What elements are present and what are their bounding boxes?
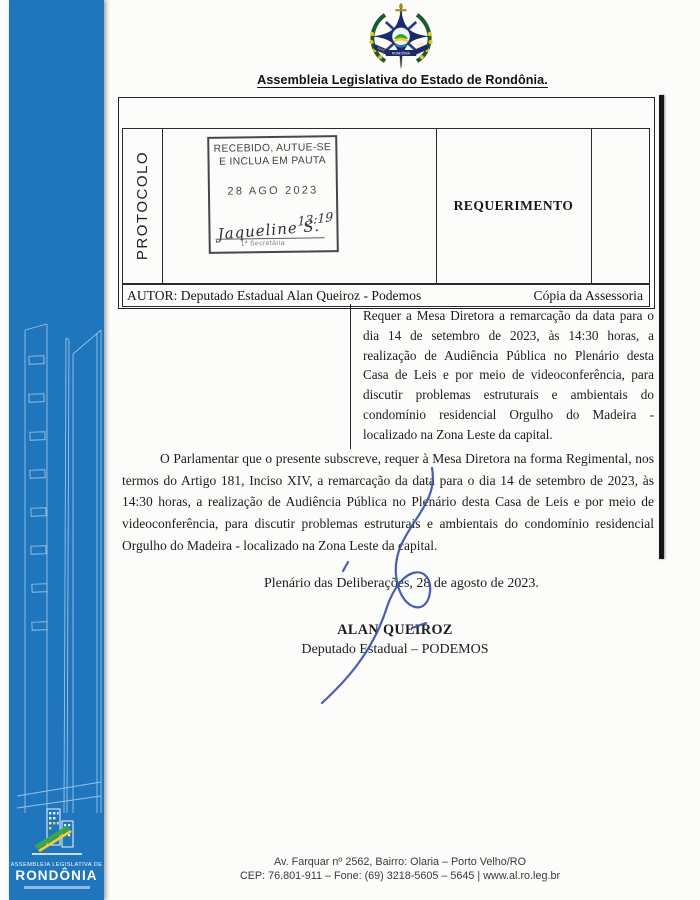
protocol-table-row: PROTOCOLO REQUERIMENTO <box>122 128 650 284</box>
autor-line: AUTOR: Deputado Estadual Alan Queiroz - … <box>127 288 421 304</box>
protocolo-cell: PROTOCOLO <box>123 129 162 283</box>
protocolo-label: PROTOCOLO <box>134 151 151 260</box>
signer-role: Deputado Estadual – PODEMOS <box>245 640 545 659</box>
copia-assessoria-label: Cópia da Assessoria <box>534 288 644 304</box>
place-date-line: Plenário das Deliberações, 28 de agosto … <box>264 576 539 592</box>
table-divider <box>162 129 163 283</box>
logo-tagline-illegible <box>24 886 90 889</box>
footer-address: Av. Farquar nº 2562, Bairro: Olaria – Po… <box>110 856 690 884</box>
building-watermark-lineart <box>9 268 104 828</box>
table-divider <box>591 129 592 283</box>
rondonia-coat-of-arms-icon: 1943 1981 RONDÔNIA <box>361 2 441 74</box>
footer-line2: CEP: 76.801-911 – Fone: (69) 3218-5605 –… <box>110 870 690 884</box>
received-rubber-stamp: RECEBIDO, AUTUE-SE E INCLUA EM PAUTA 28 … <box>207 135 339 254</box>
scan-page-edge-artifact <box>659 95 664 559</box>
request-summary: Requer a Mesa Diretora a remarcação da d… <box>350 304 656 449</box>
footer-line1: Av. Farquar nº 2562, Bairro: Olaria – Po… <box>110 856 690 870</box>
request-body-paragraph: O Parlamentar que o presente subscreve, … <box>122 448 654 557</box>
org-title: Assembleia Legislativa do Estado de Rond… <box>145 73 660 87</box>
logo-text-large: RONDÔNIA <box>15 868 97 883</box>
signer-name: ALAN QUEIROZ <box>245 621 545 640</box>
secretary-label: 1ª Secretária <box>241 240 285 248</box>
stamp-text: RECEBIDO, AUTUE-SE E INCLUA EM PAUTA <box>209 137 335 169</box>
alero-logo: ASSEMBLEIA LEGISLATIVA DE RONDÔNIA <box>9 806 104 889</box>
requerimento-cell: REQUERIMENTO <box>436 129 591 283</box>
alero-building-icon <box>28 806 86 860</box>
sidebar-blue-band: ASSEMBLEIA LEGISLATIVA DE RONDÔNIA <box>9 0 104 900</box>
stamp-date: 28 AGO 2023 <box>210 184 336 198</box>
stamp-line2: E INCLUA EM PAUTA <box>209 155 335 169</box>
signature-block: ALAN QUEIROZ Deputado Estadual – PODEMOS <box>245 621 545 659</box>
stamp-line1: RECEBIDO, AUTUE-SE <box>209 142 335 156</box>
svg-text:RONDÔNIA: RONDÔNIA <box>392 50 411 55</box>
scanned-document-page: ASSEMBLEIA LEGISLATIVA DE RONDÔNIA <box>0 0 700 900</box>
